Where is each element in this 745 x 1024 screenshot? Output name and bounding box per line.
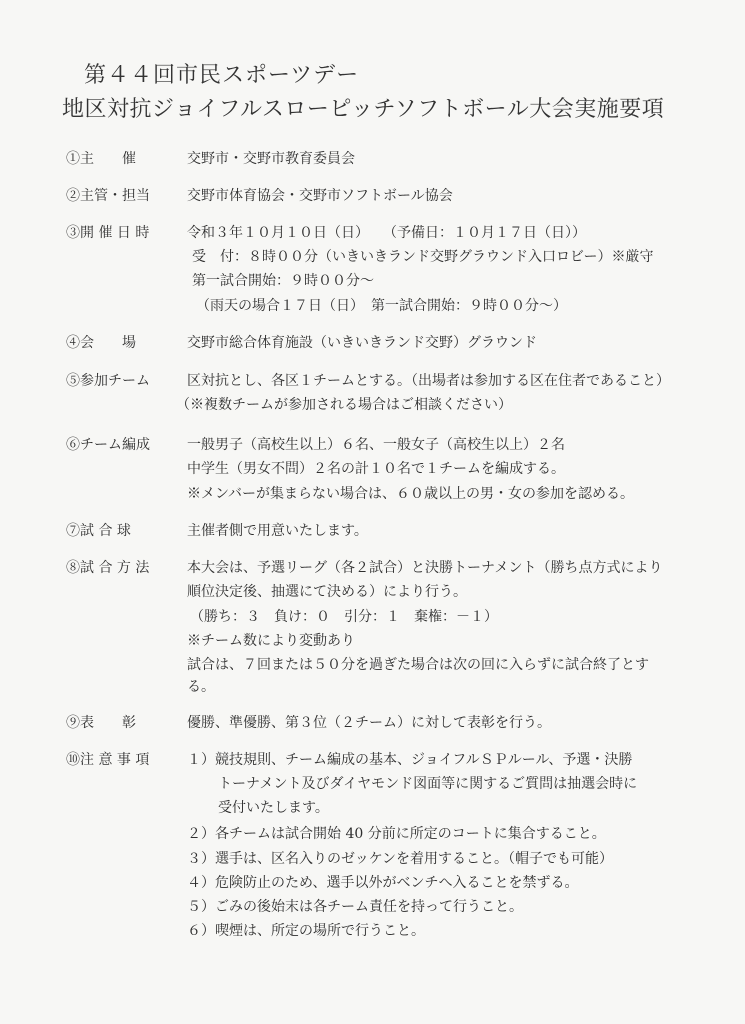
note-item: 受付いたします。 bbox=[218, 797, 329, 817]
section-label-composition: ⑥チーム編成 bbox=[66, 434, 150, 454]
document-page: 第４４回市民スポーツデー 地区対抗ジョイフルスローピッチソフトボール大会実施要項… bbox=[0, 0, 745, 1024]
section-text: 優勝、準優勝、第３位（２チーム）に対して表彰を行う。 bbox=[187, 712, 551, 732]
note-item: ２）各チームは試合開始 40 分前に所定のコートに集合すること。 bbox=[187, 823, 606, 843]
section-label-teams: ⑤参加チーム bbox=[66, 370, 150, 390]
section-text: 中学生（男女不問）２名の計１０名で１チームを編成する。 bbox=[187, 458, 565, 478]
section-text: 受 付：８時００分（いきいきランド交野グラウンド入口ロビー）※厳守 bbox=[192, 246, 653, 266]
section-label-ball: ⑦試 合 球 bbox=[66, 520, 131, 540]
section-label-organizer: ①主 催 bbox=[66, 148, 136, 168]
note-item: ４）危険防止のため、選手以外がベンチへ入ることを禁ずる。 bbox=[187, 872, 578, 892]
section-text: 順位決定後、抽選にて決める）により行う。 bbox=[187, 581, 467, 601]
section-text: 一般男子（高校生以上）６名、一般女子（高校生以上）２名 bbox=[187, 434, 565, 454]
section-label-method: ⑧試 合 方 法 bbox=[66, 557, 149, 577]
section-text: ※メンバーが集まらない場合は、６０歳以上の男・女の参加を認める。 bbox=[187, 483, 634, 503]
section-label-management: ②主管・担当 bbox=[66, 185, 150, 205]
note-item: ５）ごみの後始末は各チーム責任を持って行うこと。 bbox=[187, 896, 523, 916]
section-text: 交野市・交野市教育委員会 bbox=[187, 148, 355, 168]
document-title-line2: 地区対抗ジョイフルスローピッチソフトボール大会実施要項 bbox=[62, 92, 664, 123]
section-text: 交野市総合体育施設（いきいきランド交野）グラウンド bbox=[187, 332, 537, 352]
section-text: （勝ち：３ 負け：０ 引分：１ 棄権：－１） bbox=[190, 606, 498, 626]
note-item: ３）選手は、区名入りのゼッケンを着用すること。（帽子でも可能） bbox=[187, 848, 613, 868]
section-text: （※複数チームが参加される場合はご相談ください） bbox=[176, 394, 512, 414]
note-item: １）競技規則、チーム編成の基本、ジョイフルＳＰルール、予選・決勝 bbox=[187, 749, 632, 769]
section-label-datetime: ③開 催 日 時 bbox=[66, 222, 149, 242]
document-title-line1: 第４４回市民スポーツデー bbox=[84, 58, 359, 89]
section-label-notes: ⑩注 意 事 項 bbox=[66, 749, 149, 769]
note-item: ６）喫煙は、所定の場所で行うこと。 bbox=[187, 920, 425, 940]
section-text: 交野市体育協会・交野市ソフトボール協会 bbox=[187, 185, 453, 205]
section-text: 主催者側で用意いたします。 bbox=[187, 520, 368, 540]
note-item: トーナメント及びダイヤモンド図面等に関するご質問は抽選会時に bbox=[218, 773, 637, 793]
section-text: る。 bbox=[187, 676, 215, 696]
section-label-awards: ⑨表 彰 bbox=[66, 712, 136, 732]
section-text: 本大会は、予選リーグ（各２試合）と決勝トーナメント（勝ち点方式により bbox=[187, 557, 662, 577]
section-text: 試合は、７回または５０分を過ぎた場合は次の回に入らずに試合終了とす bbox=[187, 654, 649, 674]
section-label-venue: ④会 場 bbox=[66, 332, 136, 352]
section-text: 区対抗とし、各区１チームとする。（出場者は参加する区在住者であること） bbox=[187, 370, 670, 390]
section-text: 令和３年１０月１０日（日） （予備日：１０月１７日（日）） bbox=[187, 222, 586, 242]
section-text: 第一試合開始：９時００分～ bbox=[192, 270, 374, 290]
section-text: （雨天の場合１７日（日） 第一試合開始：９時００分～） bbox=[196, 295, 567, 315]
section-text: ※チーム数により変動あり bbox=[187, 630, 355, 650]
